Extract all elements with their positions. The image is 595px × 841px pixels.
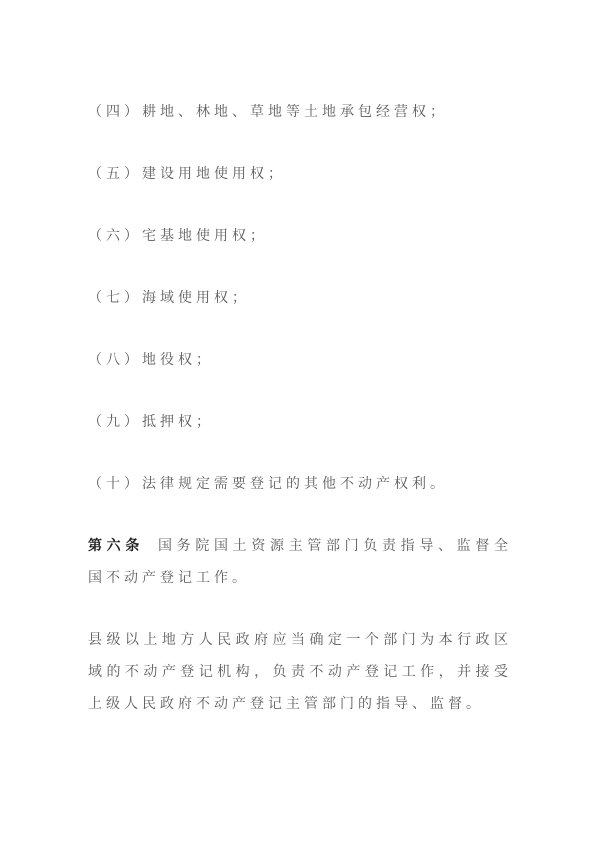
list-item: （九）抵押权； — [88, 407, 512, 439]
list-item: （六）宅基地使用权； — [88, 221, 512, 253]
list-item: （十）法律规定需要登记的其他不动产权利。 — [88, 469, 512, 501]
list-item: （四）耕地、林地、草地等土地承包经营权； — [88, 97, 512, 129]
list-item: （七）海域使用权； — [88, 283, 512, 315]
document-content: （四）耕地、林地、草地等土地承包经营权； （五）建设用地使用权； （六）宅基地使… — [88, 97, 512, 721]
article-text: 国务院国土资源主管部门负责指导、监督全国不动产登记工作。 — [88, 539, 512, 586]
list-item: （五）建设用地使用权； — [88, 159, 512, 191]
article-number-label: 第六条 — [88, 539, 144, 554]
document-page: （四）耕地、林地、草地等土地承包经营权； （五）建设用地使用权； （六）宅基地使… — [0, 0, 595, 841]
article-paragraph: 第六条国务院国土资源主管部门负责指导、监督全国不动产登记工作。 — [88, 531, 512, 595]
list-item: （八）地役权； — [88, 345, 512, 377]
body-paragraph: 县级以上地方人民政府应当确定一个部门为本行政区域的不动产登记机构，负责不动产登记… — [88, 625, 512, 721]
